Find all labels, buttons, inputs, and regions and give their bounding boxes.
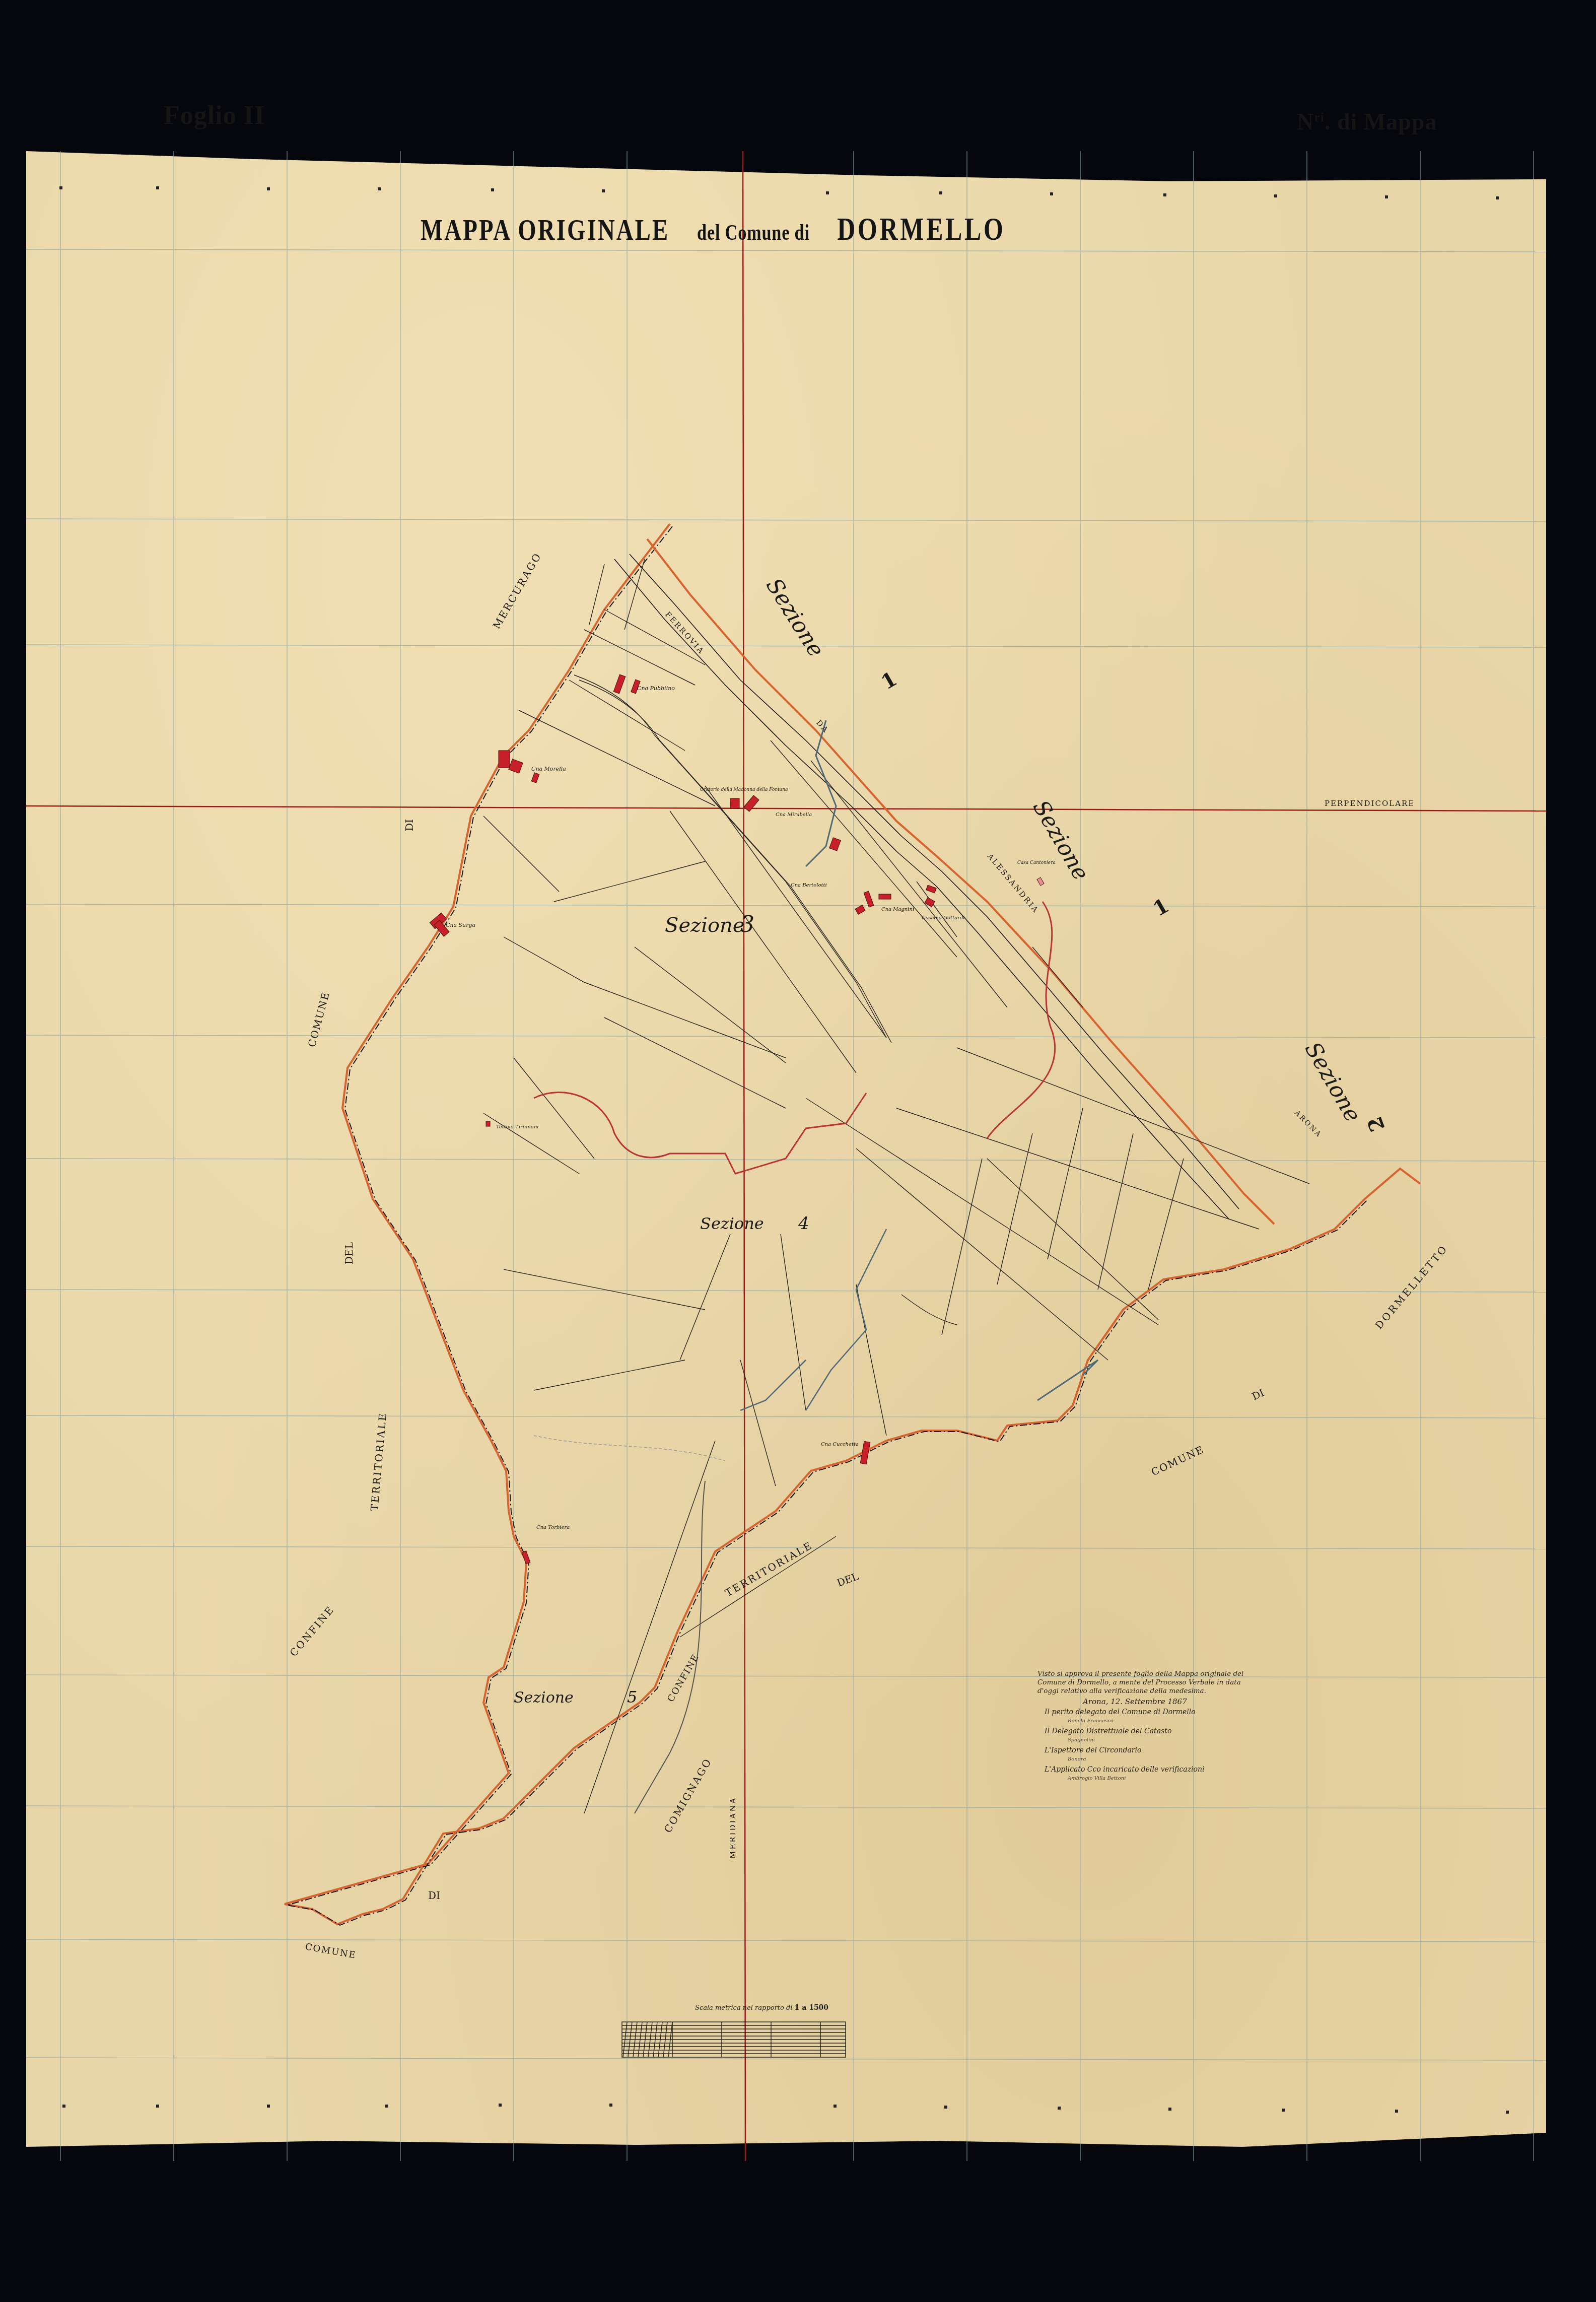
foglio-label: Foglio xyxy=(164,101,237,130)
map-number-label: Nri. di Mappa xyxy=(1297,108,1437,135)
section-2-label: Sezione xyxy=(1299,1038,1365,1126)
dormelletto-label: DORMELLETTO xyxy=(1372,1242,1450,1331)
section-1-label-a: Sezione xyxy=(761,574,829,662)
title-connector: del Comune di xyxy=(697,220,810,245)
approval-text: Visto si approva il presente foglio dell… xyxy=(1037,1670,1259,1696)
signature-name-4: Ambrogio Villa Bettoni xyxy=(1068,1774,1259,1783)
approval-place-date: Arona, 12. Settembre 1867 xyxy=(1083,1698,1259,1706)
scale-title: Scala metrica nel rapporto di xyxy=(695,2004,792,2012)
section-4-label: Sezione xyxy=(700,1214,764,1233)
section-3-label: Sezione xyxy=(665,914,744,937)
page-title: MAPPA ORIGINALEdel Comune diDORMELLO xyxy=(421,211,1006,248)
signature-role-4: L'Applicato Cco incaricato delle verific… xyxy=(1045,1766,1259,1774)
sheet-number-label: Foglio II xyxy=(164,101,265,130)
survey-grid xyxy=(26,151,1546,2161)
signature-name-3: Bonora xyxy=(1068,1755,1259,1764)
place-surga: Cna Surga xyxy=(446,922,475,928)
meridiana-label: MERIDIANA xyxy=(728,1797,737,1859)
section-4-number: 4 xyxy=(798,1213,809,1234)
comignago-label: COMIGNAGO xyxy=(662,1756,714,1835)
arona-label: ARONA xyxy=(1292,1109,1323,1139)
meridian-perpendicular-axes xyxy=(26,151,1546,2161)
del-s-label: DEL xyxy=(836,1570,860,1589)
place-bertolotti: Cna Bertolotti xyxy=(791,883,827,888)
signature-name-2: Spagnolini xyxy=(1068,1736,1259,1744)
approval-note: Visto si approva il presente foglio dell… xyxy=(1037,1670,1259,1783)
signature-role-2: Il Delegato Distrettuale del Catasto xyxy=(1045,1727,1259,1736)
section-5-number: 5 xyxy=(627,1687,637,1707)
section-2-number: 2 xyxy=(1363,1113,1390,1134)
confine-sw-label: CONFINE xyxy=(287,1603,336,1659)
place-tettoia: Tettoia Tirinnani xyxy=(496,1124,539,1130)
section-3-number: 3 xyxy=(740,912,754,937)
place-casa-cantoniera: Casa Cantoniera xyxy=(1017,860,1056,865)
place-pubbiino: Cna Pubbiino xyxy=(637,685,675,692)
perpendicolare-label: PERPENDICOLARE xyxy=(1325,799,1415,808)
cadastral-map-canvas: Sezione 1 Sezione 1 Sezione 2 Sezione 3 … xyxy=(0,0,1596,2302)
comune-bottom-label: COMUNE xyxy=(304,1941,357,1961)
comune-left-label: COMUNE xyxy=(306,990,332,1048)
title-comune: DORMELLO xyxy=(837,211,1005,247)
place-gottardi: Cascina Gottardi xyxy=(922,915,965,921)
place-oratorio: Oratorio della Madonna della Fontana xyxy=(700,787,788,792)
place-torbiera: Cna Torbiera xyxy=(536,1525,570,1530)
mercurago-label: MERCURAGO xyxy=(491,550,544,631)
signature-role-3: L'Ispettore del Circondario xyxy=(1045,1746,1259,1755)
scale-caption: Scala metrica nel rapporto di 1 a 1500 xyxy=(695,2004,828,2012)
scale-bar[interactable] xyxy=(622,2022,846,2057)
confine-s-label: CONFINE xyxy=(665,1652,702,1704)
signature-name-1: Ronchi Francesco xyxy=(1068,1717,1259,1725)
parcel-lines xyxy=(483,610,1309,1813)
section-1-number-a: 1 xyxy=(877,667,901,695)
place-cucchetta: Cna Cucchetta xyxy=(821,1442,859,1447)
di-left-label: DI xyxy=(403,819,415,831)
roads-and-ditches xyxy=(504,559,1098,1813)
place-magnini: Cna Magnini xyxy=(881,907,914,912)
section-1-number-b: 1 xyxy=(1149,894,1173,921)
foglio-number: II xyxy=(244,101,265,130)
di-se-label: DI xyxy=(1250,1387,1266,1403)
di-bottom-label: DI xyxy=(428,1889,440,1902)
section-5-label: Sezione xyxy=(514,1689,574,1707)
comune-se-label: COMUNE xyxy=(1149,1443,1206,1478)
grid-tick-markers xyxy=(59,186,1509,2114)
place-morella: Cna Morella xyxy=(531,766,566,772)
scale-ratio: 1 a 1500 xyxy=(795,2004,829,2012)
place-mirabella: Cna Mirabella xyxy=(776,812,812,818)
territoriale-left-label: TERRITORIALE xyxy=(368,1411,389,1511)
signature-role-1: Il perito delegato del Comune di Dormell… xyxy=(1045,1708,1259,1717)
del-left-label: DEL xyxy=(343,1242,355,1264)
map-labels: Sezione 1 Sezione 1 Sezione 2 Sezione 3 … xyxy=(287,550,1450,1961)
title-main: MAPPA ORIGINALE xyxy=(421,213,669,246)
